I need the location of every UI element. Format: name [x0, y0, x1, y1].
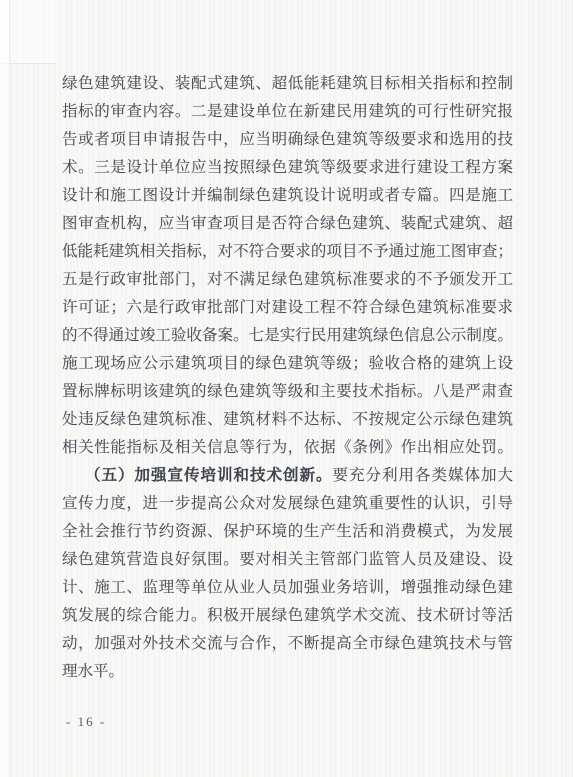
body-text-line: 绿色建筑营造良好氛围。要对相关主管部门监管人员及建设、设 [62, 546, 513, 574]
body-text-line: 的不得通过竣工验收备案。七是实行民用建筑绿色信息公示制度。 [62, 322, 513, 350]
body-text-line: 施工现场应公示建筑项目的绿色建筑等级；验收合格的建筑上设 [62, 350, 513, 378]
body-text-line: 计、施工、监理等单位从业人员加强业务培训，增强推动绿色建 [62, 574, 513, 602]
body-text-line: 置标牌标明该建筑的绿色建筑等级和主要技术指标。八是严肃查 [62, 378, 513, 406]
body-text-line: 处违反绿色建筑标准、建筑材料不达标、不按规定公示绿色建筑 [62, 406, 513, 434]
document-body: 绿色建筑建设、装配式建筑、超低能耗建筑目标相关指标和控制 指标的审查内容。二是建… [62, 70, 513, 686]
section-5-first-line: （五）加强宣传培训和技术创新。要充分利用各类媒体加大 [62, 462, 513, 490]
body-text-line: 许可证；六是行政审批部门对建设工程不符合绿色建筑标准要求 [62, 294, 513, 322]
scan-left-edge-artifact [0, 0, 10, 777]
body-text-line: 理水平。 [62, 658, 513, 686]
body-text-line: 指标的审查内容。二是建设单位在新建民用建筑的可行性研究报 [62, 98, 513, 126]
body-text-line: 宣传力度，进一步提高公众对发展绿色建筑重要性的认识，引导 [62, 490, 513, 518]
body-text-line: 五是行政审批部门，对不满足绿色建筑标准要求的不予颁发开工 [62, 266, 513, 294]
body-text-line: 相关性能指标及相关信息等行为，依据《条例》作出相应处罚。 [62, 434, 513, 462]
body-text-line: 术。三是设计单位应当按照绿色建筑等级要求进行建设工程方案 [62, 154, 513, 182]
body-text-line: 全社会推行节约资源、保护环境的生产生活和消费模式，为发展 [62, 518, 513, 546]
section-5-heading: （五）加强宣传培训和技术创新。 [85, 467, 332, 484]
body-text-line: 告或者项目申请报告中，应当明确绿色建筑等级要求和选用的技 [62, 126, 513, 154]
body-text-line: 设计和施工图设计并编制绿色建筑设计说明或者专篇。四是施工 [62, 182, 513, 210]
body-text-line: 筑发展的综合能力。积极开展绿色建筑学术交流、技术研讨等活 [62, 602, 513, 630]
body-text-line: 绿色建筑建设、装配式建筑、超低能耗建筑目标相关指标和控制 [62, 70, 513, 98]
page-number: - 16 - [66, 714, 106, 730]
body-text-line: 低能耗建筑相关指标，对不符合要求的项目不予通过施工图审查； [62, 238, 513, 266]
document-page: 绿色建筑建设、装配式建筑、超低能耗建筑目标相关指标和控制 指标的审查内容。二是建… [0, 0, 573, 777]
body-text-line: 动，加强对外技术交流与合作，不断提高全市绿色建筑技术与管 [62, 630, 513, 658]
body-text-line: 图审查机构，应当审查项目是否符合绿色建筑、装配式建筑、超 [62, 210, 513, 238]
body-text: 要充分利用各类媒体加大 [332, 467, 513, 484]
